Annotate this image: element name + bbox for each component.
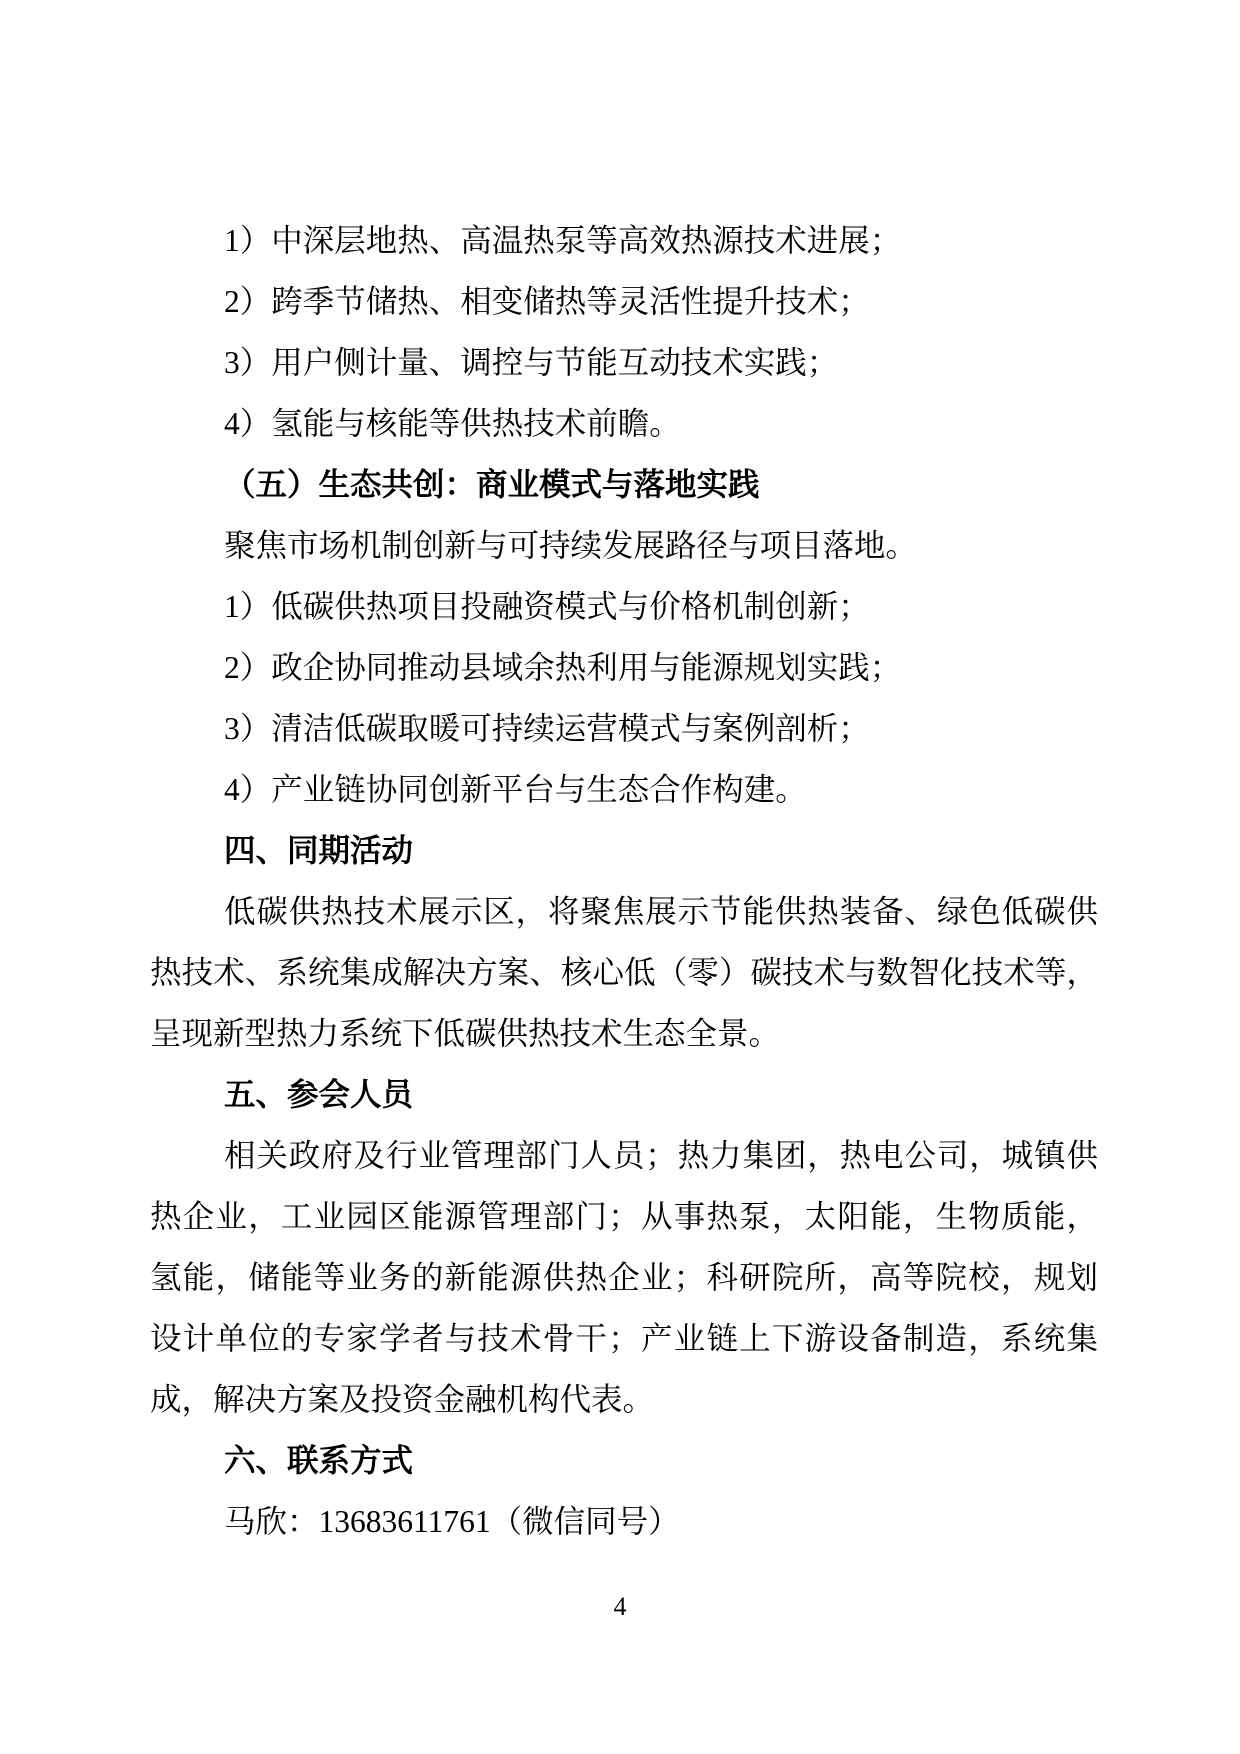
subsection-heading: （五）生态共创：商业模式与落地实践 [150,454,1098,515]
numbered-item: 3）清洁低碳取暖可持续运营模式与案例剖析； [150,698,1098,759]
text-line: 成，解决方案及投资金融机构代表。 [150,1369,1098,1430]
page-number: 4 [614,1592,627,1621]
numbered-item: 聚焦市场机制创新与可持续发展路径与项目落地。 [150,515,1098,576]
text-line: 热企业，工业园区能源管理部门；从事热泵，太阳能，生物质能， [150,1186,1098,1247]
text-line: 低碳供热技术展示区，将聚焦展示节能供热装备、绿色低碳供 [150,881,1098,942]
text-line: 呈现新型热力系统下低碳供热技术生态全景。 [150,1003,1098,1064]
text-line: 五、参会人员 [150,1064,1098,1125]
body-paragraph: 低碳供热技术展示区，将聚焦展示节能供热装备、绿色低碳供热技术、系统集成解决方案、… [150,881,1098,1064]
numbered-item: 1）低碳供热项目投融资模式与价格机制创新； [150,576,1098,637]
numbered-item: 3）用户侧计量、调控与节能互动技术实践； [150,332,1098,393]
numbered-item: 1）中深层地热、高温热泵等高效热源技术进展； [150,210,1098,271]
text-line: 1）中深层地热、高温热泵等高效热源技术进展； [150,210,1098,271]
numbered-item: 2）政企协同推动县域余热利用与能源规划实践； [150,637,1098,698]
numbered-item: 2）跨季节储热、相变储热等灵活性提升技术； [150,271,1098,332]
numbered-item: 4）产业链协同创新平台与生态合作构建。 [150,759,1098,820]
text-line: 3）用户侧计量、调控与节能互动技术实践； [150,332,1098,393]
text-line: 氢能，储能等业务的新能源供热企业；科研院所，高等院校，规划 [150,1247,1098,1308]
text-line: 4）氢能与核能等供热技术前瞻。 [150,393,1098,454]
section-heading: 六、联系方式 [150,1430,1098,1491]
text-line: 四、同期活动 [150,820,1098,881]
numbered-item: 4）氢能与核能等供热技术前瞻。 [150,393,1098,454]
text-line: 1）低碳供热项目投融资模式与价格机制创新； [150,576,1098,637]
text-line: 3）清洁低碳取暖可持续运营模式与案例剖析； [150,698,1098,759]
text-line: 设计单位的专家学者与技术骨干；产业链上下游设备制造，系统集 [150,1308,1098,1369]
text-line: 2）政企协同推动县域余热利用与能源规划实践； [150,637,1098,698]
text-line: 4）产业链协同创新平台与生态合作构建。 [150,759,1098,820]
text-line: 聚焦市场机制创新与可持续发展路径与项目落地。 [150,515,1098,576]
document-page: 1）中深层地热、高温热泵等高效热源技术进展；2）跨季节储热、相变储热等灵活性提升… [0,0,1240,1754]
text-line: （五）生态共创：商业模式与落地实践 [150,454,1098,515]
section-heading: 五、参会人员 [150,1064,1098,1125]
body-paragraph: 马欣：13683611761（微信同号） [150,1491,1098,1552]
text-line: 六、联系方式 [150,1430,1098,1491]
section-heading: 四、同期活动 [150,820,1098,881]
text-line: 热技术、系统集成解决方案、核心低（零）碳技术与数智化技术等， [150,942,1098,1003]
text-line: 2）跨季节储热、相变储热等灵活性提升技术； [150,271,1098,332]
page-footer: 4 [0,1592,1240,1622]
body-paragraph: 相关政府及行业管理部门人员；热力集团，热电公司，城镇供热企业，工业园区能源管理部… [150,1125,1098,1430]
document-body: 1）中深层地热、高温热泵等高效热源技术进展；2）跨季节储热、相变储热等灵活性提升… [150,210,1098,1552]
text-line: 相关政府及行业管理部门人员；热力集团，热电公司，城镇供 [150,1125,1098,1186]
text-line: 马欣：13683611761（微信同号） [150,1491,1098,1552]
